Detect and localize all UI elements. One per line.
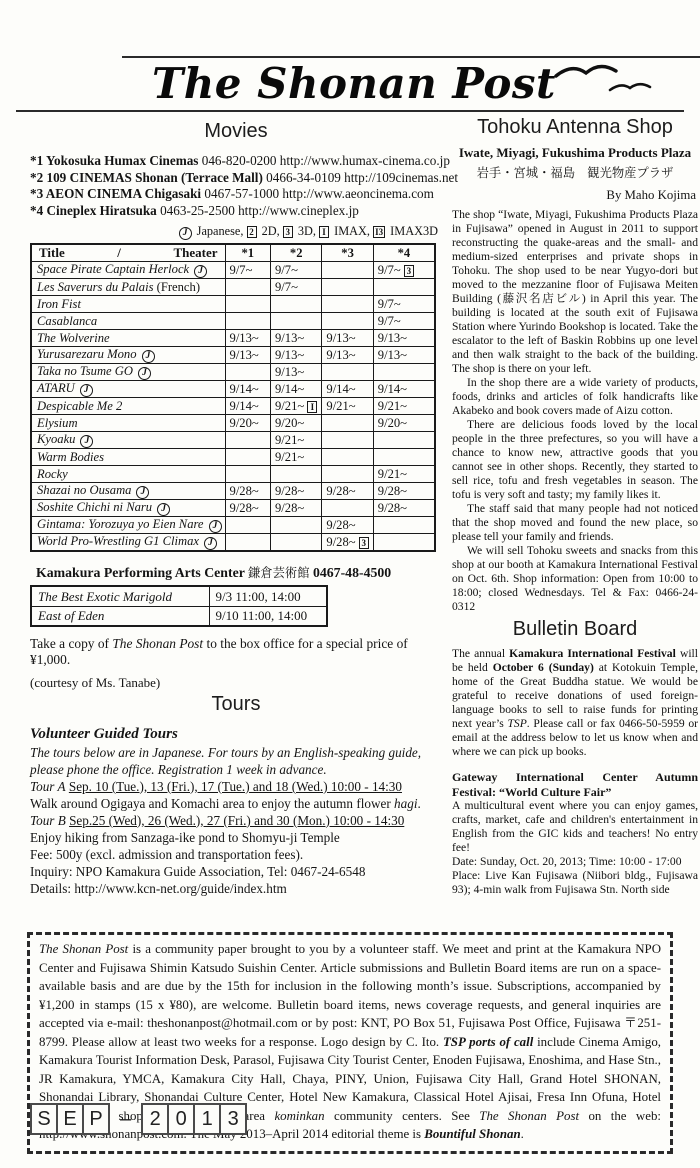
japanese-badge: J [80, 384, 93, 397]
tour-a-description: Walk around Ogigaya and Komachi area to … [30, 795, 442, 812]
schedule-cell: 9/21~ [270, 449, 321, 466]
cinema-name: *2 109 CINEMAS Shonan (Terrace Mall) [30, 170, 266, 185]
schedule-cell: 9/21~ I [270, 398, 321, 415]
schedule-cell [373, 534, 435, 552]
schedule-cell [373, 279, 435, 296]
movies-table: Title / Theater *1 *2 *3 *4 Space Pirate… [30, 243, 436, 552]
text-run: community centers. See [325, 1109, 480, 1123]
movie-title: Casablanca [37, 314, 97, 328]
date-cell: P [82, 1103, 110, 1135]
movie-row: The Wolverine9/13~9/13~9/13~9/13~ [31, 330, 435, 347]
tour-b-line: Tour B Sep.25 (Wed), 26 (Wed.), 27 (Fri.… [30, 812, 442, 829]
date-cell: 1 [193, 1103, 221, 1135]
schedule-cell: 9/14~ [225, 381, 270, 398]
movie-row: Iron Fist9/7~ [31, 296, 435, 313]
movie-title-cell: Gintama: Yorozuya yo Eien NareJ [31, 517, 225, 534]
tour-b-description: Enjoy hiking from Sanzaga-ike pond to Sh… [30, 829, 442, 846]
gateway-date: Date: Sunday, Oct. 20, 2013; Time: 10:00… [452, 855, 698, 869]
tours-intro: The tours below are in Japanese. For tou… [30, 745, 442, 777]
date-cell: 3 [219, 1103, 247, 1135]
movie-title: Kyoaku [37, 432, 75, 446]
schedule-cell: 9/13~ [373, 330, 435, 347]
movie-title-cell: KyoakuJ [31, 432, 225, 449]
box-symbol: 3 [283, 226, 293, 238]
birds-icon [548, 60, 678, 100]
legend-label: Japanese, [194, 224, 247, 238]
schedule-cell [322, 415, 373, 432]
cinema-contact: 046-820-0200 http://www.humax-cinema.co.… [202, 153, 450, 168]
header-slash: / [117, 245, 121, 261]
movie-title-cell: Soshite Chichi ni NaruJ [31, 500, 225, 517]
schedule-cell [373, 449, 435, 466]
movie-title: Rocky [37, 467, 68, 481]
text-run: Kamakura International Festival [509, 647, 676, 660]
movie-title-cell: Shazai no OusamaJ [31, 483, 225, 500]
tohoku-subtitle-en: Iwate, Miyagi, Fukushima Products Plaza [452, 145, 698, 161]
schedule-cell: 9/28~ [225, 483, 270, 500]
schedule-cell [322, 364, 373, 381]
movie-title: Taka no Tsume GO [37, 364, 133, 378]
schedule-cell [322, 466, 373, 483]
movie-title: Gintama: Yorozuya yo Eien Nare [37, 517, 204, 531]
header-theater-3: *3 [322, 244, 373, 262]
movie-title-cell: Rocky [31, 466, 225, 483]
schedule-cell [225, 432, 270, 449]
movie-title: Iron Fist [37, 297, 81, 311]
text-run: Walk around Ogigaya and Komachi area to … [30, 796, 394, 811]
schedule-cell: 9/7~ [373, 296, 435, 313]
schedule-cell [322, 313, 373, 330]
text-run: October 6 (Sunday) [493, 661, 594, 674]
schedule-cell [270, 466, 321, 483]
cinema-listing: *1 Yokosuka Humax Cinemas 046-820-0200 h… [30, 153, 442, 170]
tohoku-heading: Tohoku Antenna Shop [452, 116, 698, 139]
schedule-cell: 9/13~ [270, 330, 321, 347]
schedule-cell [373, 432, 435, 449]
date-dash: – [120, 1108, 131, 1131]
text-run: The Shonan Post [112, 636, 203, 651]
box-office-note: Take a copy of The Shonan Post to the bo… [30, 636, 442, 668]
japanese-badge: J [142, 350, 155, 363]
title-theater-header-flex: Title / Theater [35, 245, 222, 261]
movie-row: Space Pirate Captain HerlockJ9/7~9/7~9/7… [31, 262, 435, 279]
schedule-cell: 9/14~ [322, 381, 373, 398]
movie-title: Warm Bodies [37, 450, 104, 464]
screening-row: The Best Exotic Marigold9/3 11:00, 14:00 [31, 586, 327, 606]
tohoku-subtitle-jp: 岩手・宮城・福島 観光物産プラザ [452, 163, 698, 181]
courtesy-note: (courtesy of Ms. Tanabe) [30, 675, 442, 691]
text-run: The Shonan Post [39, 942, 128, 956]
movie-row: Warm Bodies9/21~ [31, 449, 435, 466]
cinema-list: *1 Yokosuka Humax Cinemas 046-820-0200 h… [30, 153, 442, 219]
schedule-cell: 9/13~ [373, 347, 435, 364]
movie-title: Les Saverurs du Palais [37, 280, 154, 294]
legend-item: J Japanese, [179, 224, 247, 238]
text-run: is a community paper brought to you by a… [39, 942, 661, 1049]
movie-title-cell: Elysium [31, 415, 225, 432]
schedule-cell: 9/7~ 3 [373, 262, 435, 279]
schedule-cell [322, 296, 373, 313]
cinema-name: *3 AEON CINEMA Chigasaki [30, 186, 204, 201]
movie-title: Soshite Chichi ni Naru [37, 500, 152, 514]
legend-label: IMAX, [331, 224, 373, 238]
movie-title-cell: World Pro-Wrestling G1 ClimaxJ [31, 534, 225, 552]
japanese-badge: J [157, 503, 170, 516]
cinema-name: *1 Yokosuka Humax Cinemas [30, 153, 202, 168]
movie-title-cell: Space Pirate Captain HerlockJ [31, 262, 225, 279]
schedule-cell [322, 500, 373, 517]
circle-symbol: J [179, 227, 192, 240]
movie-title: ATARU [37, 381, 75, 395]
volunteer-tours-subheading: Volunteer Guided Tours [30, 726, 442, 743]
legend-label: IMAX3D [387, 224, 438, 238]
schedule-cell [322, 432, 373, 449]
schedule-cell: 9/20~ [270, 415, 321, 432]
schedule-cell: 9/28~ [270, 500, 321, 517]
schedule-cell [225, 466, 270, 483]
movie-title: Despicable Me 2 [37, 399, 122, 413]
date-cell: E [56, 1103, 84, 1135]
bulletin-board-heading: Bulletin Board [452, 618, 698, 641]
gateway-heading: Gateway International Center Autumn Fest… [452, 770, 698, 799]
schedule-cell [270, 296, 321, 313]
schedule-cell [373, 364, 435, 381]
schedule-cell: 9/20~ [373, 415, 435, 432]
tour-fee: Fee: 500y (excl. admission and transport… [30, 846, 442, 863]
movie-row: Soshite Chichi ni NaruJ9/28~9/28~9/28~ [31, 500, 435, 517]
legend-label: 2D, [259, 224, 283, 238]
japanese-badge: J [138, 367, 151, 380]
pac-phone: 0467-48-4500 [313, 565, 391, 580]
tours-heading: Tours [30, 693, 442, 716]
movie-title-cell: Taka no Tsume GOJ [31, 364, 225, 381]
movies-heading: Movies [30, 120, 442, 143]
cinema-listing: *3 AEON CINEMA Chigasaki 0467-57-1000 ht… [30, 186, 442, 203]
title-theater-header: Title / Theater [31, 244, 225, 262]
box-symbol: I [319, 226, 329, 238]
article-paragraph: The staff said that many people had not … [452, 502, 698, 544]
schedule-cell: 9/28~ 3 [322, 534, 373, 552]
schedule-cell [225, 517, 270, 534]
tour-a-dates: Sep. 10 (Tue.), 13 (Fri.), 17 (Tue.) and… [69, 779, 402, 794]
tour-details: Details: http://www.kcn-net.org/guide/in… [30, 880, 442, 897]
schedule-cell: 9/28~ [373, 483, 435, 500]
schedule-cell: 9/28~ [373, 500, 435, 517]
tohoku-article: The shop “Iwate, Miyagi, Fukushima Produ… [452, 208, 698, 614]
japanese-badge: J [194, 265, 207, 278]
pac-heading: Kamakura Performing Arts Center 鎌倉芸術館 04… [30, 563, 442, 581]
pac-table: The Best Exotic Marigold9/3 11:00, 14:00… [30, 585, 328, 627]
schedule-cell: 9/14~ [270, 381, 321, 398]
movie-title: The Wolverine [37, 331, 110, 345]
schedule-cell [322, 449, 373, 466]
schedule-cell [225, 534, 270, 552]
movie-row: Casablanca9/7~ [31, 313, 435, 330]
schedule-cell [270, 313, 321, 330]
tour-b-label: Tour B [30, 813, 66, 828]
schedule-cell: 9/20~ [225, 415, 270, 432]
masthead-title: The Shonan Post [152, 59, 556, 108]
screening-time: 9/3 11:00, 14:00 [209, 586, 327, 606]
movie-row: Shazai no OusamaJ9/28~9/28~9/28~9/28~ [31, 483, 435, 500]
movie-title-cell: Despicable Me 2 [31, 398, 225, 415]
tour-a-label: Tour A [30, 779, 66, 794]
schedule-cell [373, 517, 435, 534]
text-run: . [418, 796, 421, 811]
article-paragraph: We will sell Tohoku sweets and snacks fr… [452, 544, 698, 614]
schedule-cell [270, 517, 321, 534]
right-column: Tohoku Antenna Shop Iwate, Miyagi, Fukus… [452, 112, 698, 920]
box-symbol: 2 [247, 226, 257, 238]
screening-title: East of Eden [31, 606, 209, 626]
movie-title-cell: ATARUJ [31, 381, 225, 398]
schedule-cell: 9/13~ [225, 347, 270, 364]
text-run: Take a copy of [30, 636, 112, 651]
schedule-cell [225, 313, 270, 330]
schedule-cell [225, 296, 270, 313]
screening-title: The Best Exotic Marigold [31, 586, 209, 606]
text-run: . [521, 1127, 524, 1141]
legend-label: 3D, [295, 224, 319, 238]
movie-title: World Pro-Wrestling G1 Climax [37, 534, 199, 548]
schedule-cell: 9/13~ [322, 347, 373, 364]
legend-item: I3 IMAX3D [373, 224, 438, 238]
schedule-cell: 9/21~ [270, 432, 321, 449]
cinema-contact: 0463-25-2500 http://www.cineplex.jp [160, 203, 359, 218]
pac-name: Kamakura Performing Arts Center [36, 565, 245, 580]
cinema-name: *4 Cineplex Hiratsuka [30, 203, 160, 218]
text-run: TSP ports of call [443, 1035, 533, 1049]
format-badge: 3 [359, 537, 369, 549]
screening-time: 9/10 11:00, 14:00 [209, 606, 327, 626]
schedule-cell: 9/13~ [270, 364, 321, 381]
issue-date: SEP–2013 [30, 1103, 245, 1135]
schedule-cell: 9/7~ [270, 279, 321, 296]
japanese-badge: J [80, 435, 93, 448]
schedule-cell [225, 449, 270, 466]
legend-item: 3 3D, [283, 224, 319, 238]
gateway-body: A multicultural event where you can enjo… [452, 799, 698, 855]
movie-row: KyoakuJ9/21~ [31, 432, 435, 449]
tour-inquiry: Inquiry: NPO Kamakura Guide Association,… [30, 863, 442, 880]
schedule-cell: 9/13~ [270, 347, 321, 364]
schedule-cell: 9/28~ [322, 517, 373, 534]
movie-title: Elysium [37, 416, 78, 430]
movies-table-body: Space Pirate Captain HerlockJ9/7~9/7~9/7… [31, 262, 435, 552]
masthead-rule-top [122, 56, 700, 58]
text-run: The Shonan Post [479, 1109, 579, 1123]
movie-title: Shazai no Ousama [37, 483, 131, 497]
schedule-cell [322, 262, 373, 279]
left-column: Movies *1 Yokosuka Humax Cinemas 046-820… [30, 118, 442, 897]
pac-name-japanese: 鎌倉芸術館 [248, 566, 310, 580]
japanese-badge: J [204, 537, 217, 550]
format-badge: I [307, 401, 317, 413]
article-paragraph: In the shop there are a wide variety of … [452, 376, 698, 418]
legend-item: I IMAX, [319, 224, 373, 238]
movie-title-cell: Les Saverurs du Palais (French) [31, 279, 225, 296]
text-run: TSP [507, 717, 526, 730]
schedule-cell: 9/7~ [225, 262, 270, 279]
article-paragraph: The shop “Iwate, Miyagi, Fukushima Produ… [452, 208, 698, 376]
movie-title-cell: Casablanca [31, 313, 225, 330]
movie-row: ATARUJ9/14~9/14~9/14~9/14~ [31, 381, 435, 398]
cinema-listing: *4 Cineplex Hiratsuka 0463-25-2500 http:… [30, 203, 442, 220]
gateway-place: Place: Live Kan Fujisawa (Niibori bldg.,… [452, 869, 698, 897]
schedule-cell [225, 279, 270, 296]
article-paragraph: There are delicious foods loved by the l… [452, 418, 698, 502]
festival-announcement: The annual Kamakura International Festiv… [452, 647, 698, 759]
movie-row: Despicable Me 29/14~9/21~ I9/21~9/21~ [31, 398, 435, 415]
date-cell: S [30, 1103, 58, 1135]
newsletter-page: The Shonan Post Movies *1 Yokosuka Humax… [0, 0, 700, 1168]
text-run: Bountiful Shonan [424, 1127, 520, 1141]
screening-row: East of Eden9/10 11:00, 14:00 [31, 606, 327, 626]
byline: By Maho Kojima [452, 188, 696, 203]
text-run: The annual [452, 647, 509, 660]
header-theater-1: *1 [225, 244, 270, 262]
schedule-cell: 9/14~ [225, 398, 270, 415]
movie-title-cell: The Wolverine [31, 330, 225, 347]
movie-row: Elysium9/20~9/20~9/20~ [31, 415, 435, 432]
movie-title-cell: Yurusarezaru MonoJ [31, 347, 225, 364]
movie-row: Gintama: Yorozuya yo Eien NareJ9/28~ [31, 517, 435, 534]
schedule-cell: 9/7~ [373, 313, 435, 330]
format-legend: J Japanese, 2 2D, 3 3D, I IMAX, I3 IMAX3… [30, 224, 438, 240]
pac-table-body: The Best Exotic Marigold9/3 11:00, 14:00… [31, 586, 327, 626]
movie-row: Taka no Tsume GOJ9/13~ [31, 364, 435, 381]
movie-title-cell: Warm Bodies [31, 449, 225, 466]
header-title: Title [39, 245, 65, 261]
movie-title: Yurusarezaru Mono [37, 347, 137, 361]
schedule-cell: 9/21~ [373, 398, 435, 415]
cinema-contact: 0466-34-0109 http://109cinemas.net [266, 170, 458, 185]
movie-row: World Pro-Wrestling G1 ClimaxJ9/28~ 3 [31, 534, 435, 552]
text-run: kominkan [274, 1109, 324, 1123]
movies-table-header-row: Title / Theater *1 *2 *3 *4 [31, 244, 435, 262]
movie-title-cell: Iron Fist [31, 296, 225, 313]
movie-note: (French) [154, 280, 201, 294]
movie-row: Rocky9/21~ [31, 466, 435, 483]
movie-row: Yurusarezaru MonoJ9/13~9/13~9/13~9/13~ [31, 347, 435, 364]
cinema-contact: 0467-57-1000 http://www.aeoncinema.com [204, 186, 434, 201]
schedule-cell: 9/28~ [322, 483, 373, 500]
format-badge: 3 [404, 265, 414, 277]
schedule-cell: 9/13~ [225, 330, 270, 347]
movie-title: Space Pirate Captain Herlock [37, 262, 189, 276]
schedule-cell: 9/28~ [270, 483, 321, 500]
schedule-cell [225, 364, 270, 381]
schedule-cell: 9/21~ [322, 398, 373, 415]
cinema-listing: *2 109 CINEMAS Shonan (Terrace Mall) 046… [30, 170, 442, 187]
schedule-cell: 9/7~ [270, 262, 321, 279]
movie-row: Les Saverurs du Palais (French)9/7~ [31, 279, 435, 296]
date-cell: 0 [167, 1103, 195, 1135]
schedule-cell: 9/28~ [225, 500, 270, 517]
tour-a-line: Tour A Sep. 10 (Tue.), 13 (Fri.), 17 (Tu… [30, 778, 442, 795]
date-cell: 2 [141, 1103, 169, 1135]
text-run: hagi [394, 796, 417, 811]
header-theater-4: *4 [373, 244, 435, 262]
header-theater-2: *2 [270, 244, 321, 262]
japanese-badge: J [136, 486, 149, 499]
legend-item: 2 2D, [247, 224, 283, 238]
header-theater: Theater [173, 245, 217, 261]
schedule-cell: 9/21~ [373, 466, 435, 483]
schedule-cell: 9/14~ [373, 381, 435, 398]
schedule-cell: 9/13~ [322, 330, 373, 347]
box-symbol: I3 [373, 226, 385, 238]
schedule-cell [270, 534, 321, 552]
tour-b-dates: Sep.25 (Wed), 26 (Wed.), 27 (Fri.) and 3… [69, 813, 404, 828]
japanese-badge: J [209, 520, 222, 533]
schedule-cell [322, 279, 373, 296]
